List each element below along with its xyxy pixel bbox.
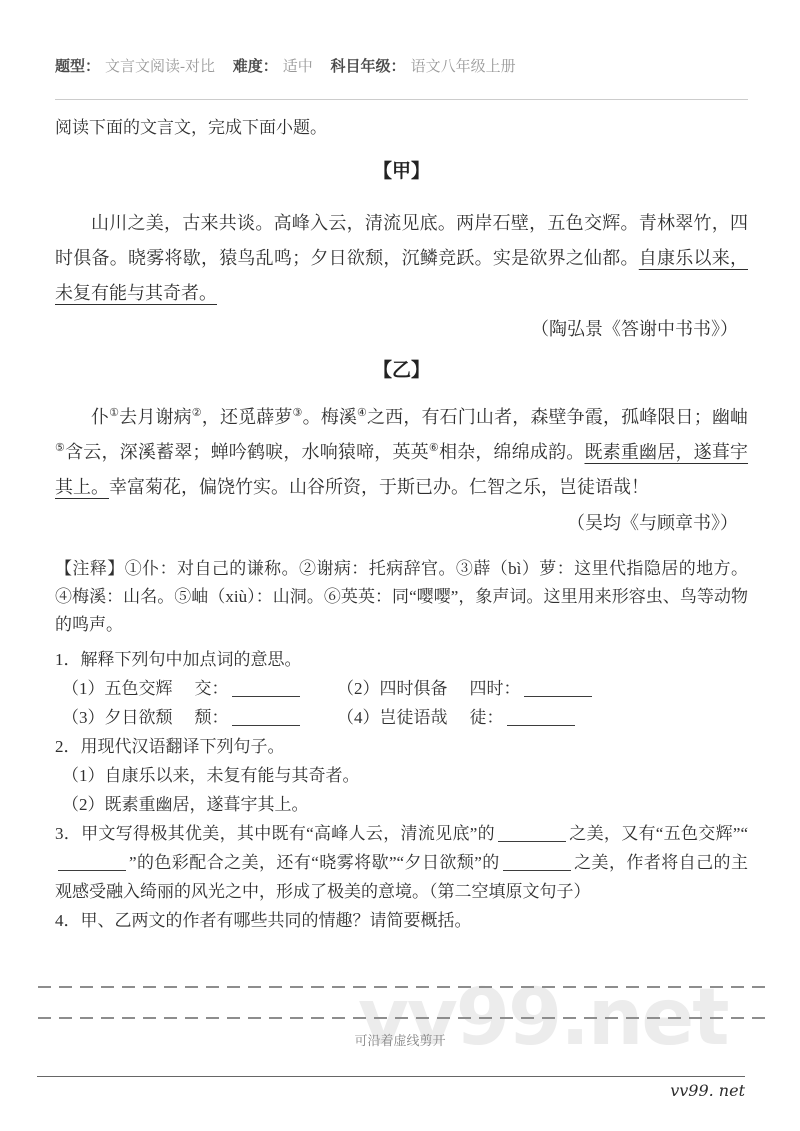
worksheet-page: 题型：文言文阅读-对比 难度：适中 科目年级：语文八年级上册 阅读下面的文言文，… (0, 0, 800, 1131)
footer-site-text: vv99. net (670, 1081, 745, 1100)
answer-blank (58, 867, 126, 871)
text-segment: 之美，又有“五色交辉”“ (569, 824, 748, 843)
question-4-stem: 4．甲、乙两文的作者有哪些共同的情趣？请简要概括。 (55, 906, 748, 935)
footnote-ref: ① (109, 407, 119, 419)
q1-item-3-word: 颓： (195, 708, 229, 727)
meta-difficulty-label: 难度： (233, 59, 278, 75)
passage-yi-heading: 【乙】 (55, 359, 748, 383)
meta-grade: 科目年级：语文八年级上册 (331, 59, 516, 75)
meta-grade-value: 语文八年级上册 (411, 59, 516, 75)
footer-divider (37, 1076, 745, 1077)
text-segment: 相杂，绵绵成韵。 (439, 442, 585, 462)
text-segment: 。梅溪 (303, 407, 357, 427)
intro-text: 阅读下面的文言文，完成下面小题。 (55, 116, 748, 140)
text-segment: 3．甲文写得极其优美，其中既有“高峰人云，清流见底”的 (55, 824, 495, 843)
meta-type-value: 文言文阅读-对比 (105, 59, 215, 75)
cut-dashed-line-1 (38, 986, 766, 988)
q1-item-1-phrase: （1）五色交辉 (62, 679, 173, 698)
q1-item-2-phrase: （2）四时俱备 (337, 679, 448, 698)
meta-type: 题型：文言文阅读-对比 (55, 59, 215, 75)
header-divider (55, 99, 748, 100)
question-1-stem: 1．解释下列句中加点词的意思。 (55, 645, 748, 674)
question-1-item-2: （2）四时俱备四时： (337, 674, 595, 703)
text-segment: ”的色彩配合之美，还有“晓雾将歇”“夕日欲颓”的 (129, 853, 500, 872)
question-3-text: 3．甲文写得极其优美，其中既有“高峰人云，清流见底”的之美，又有“五色交辉”“”… (55, 819, 748, 906)
meta-grade-label: 科目年级： (331, 59, 406, 75)
footnote-ref: ③ (293, 407, 303, 419)
passage-jia-source: （陶弘景《答谢中书书》） (55, 317, 748, 341)
questions-section: 1．解释下列句中加点词的意思。 （1）五色交辉交： （2）四时俱备四时： （3）… (55, 645, 748, 935)
question-meta-bar: 题型：文言文阅读-对比 难度：适中 科目年级：语文八年级上册 (55, 57, 748, 77)
annotations-text: 【注释】①仆：对自己的谦称。②谢病：托病辞官。③薜（bì）萝：这里代指隐居的地方… (55, 555, 748, 639)
answer-blank (232, 722, 300, 726)
cut-dashed-line-2 (38, 1017, 766, 1019)
answer-blank (503, 867, 571, 871)
passage-jia-heading: 【甲】 (55, 160, 748, 184)
q1-item-4-word: 徒： (470, 708, 504, 727)
text-segment: 仆 (91, 407, 109, 427)
passage-jia-text: 山川之美，古来共谈。高峰入云，清流见底。两岸石壁，五色交辉。青林翠竹，四时俱备。… (55, 206, 748, 311)
q1-item-3-phrase: （3）夕日欲颓 (62, 708, 173, 727)
passage-yi-text: 仆①去月谢病②，还觅薜萝③。梅溪④之西，有石门山者，森壁争霞，孤峰限日；幽岫⑤含… (55, 400, 748, 505)
question-1-item-4: （4）岂徒语哉徒： (337, 703, 578, 732)
question-1-item-1: （1）五色交辉交： (62, 674, 337, 703)
question-2-item-2: （2）既素重幽居，遂葺宇其上。 (55, 790, 748, 819)
question-2-item-1: （1）自康乐以来，未复有能与其奇者。 (55, 761, 748, 790)
footnote-ref: ⑤ (55, 442, 65, 454)
q1-item-4-phrase: （4）岂徒语哉 (337, 708, 448, 727)
text-segment: 幸富菊花，偏饶竹实。山谷所资，于斯已办。仁智之乐，岂徒语哉！ (109, 477, 649, 497)
q1-item-1-word: 交： (195, 679, 229, 698)
meta-difficulty: 难度：适中 (233, 59, 313, 75)
meta-difficulty-value: 适中 (283, 59, 313, 75)
text-segment: 含云，深溪蓄翠；蝉吟鹤唳，水响猿啼，英英 (65, 442, 429, 462)
answer-blank (507, 722, 575, 726)
footnote-ref: ⑥ (429, 442, 439, 454)
answer-blank (524, 693, 592, 697)
question-2-stem: 2．用现代汉语翻译下列句子。 (55, 732, 748, 761)
meta-type-label: 题型： (55, 59, 100, 75)
answer-blank (498, 838, 566, 842)
text-segment: 之西，有石门山者，森壁争霞，孤峰限日；幽岫 (367, 407, 748, 427)
footnote-ref: ④ (357, 407, 367, 419)
passage-yi-source: （吴均《与顾章书》） (55, 511, 748, 535)
question-1-row-1: （1）五色交辉交： （2）四时俱备四时： (55, 674, 748, 703)
text-segment: 去月谢病 (119, 407, 192, 427)
text-segment: ，还觅薜萝 (202, 407, 293, 427)
question-1-row-2: （3）夕日欲颓颓： （4）岂徒语哉徒： (55, 703, 748, 732)
question-1-item-3: （3）夕日欲颓颓： (62, 703, 337, 732)
cut-along-line-label: 可沿着虚线剪开 (0, 1030, 800, 1049)
answer-blank (232, 693, 300, 697)
q1-item-2-word: 四时： (470, 679, 521, 698)
footnote-ref: ② (192, 407, 202, 419)
